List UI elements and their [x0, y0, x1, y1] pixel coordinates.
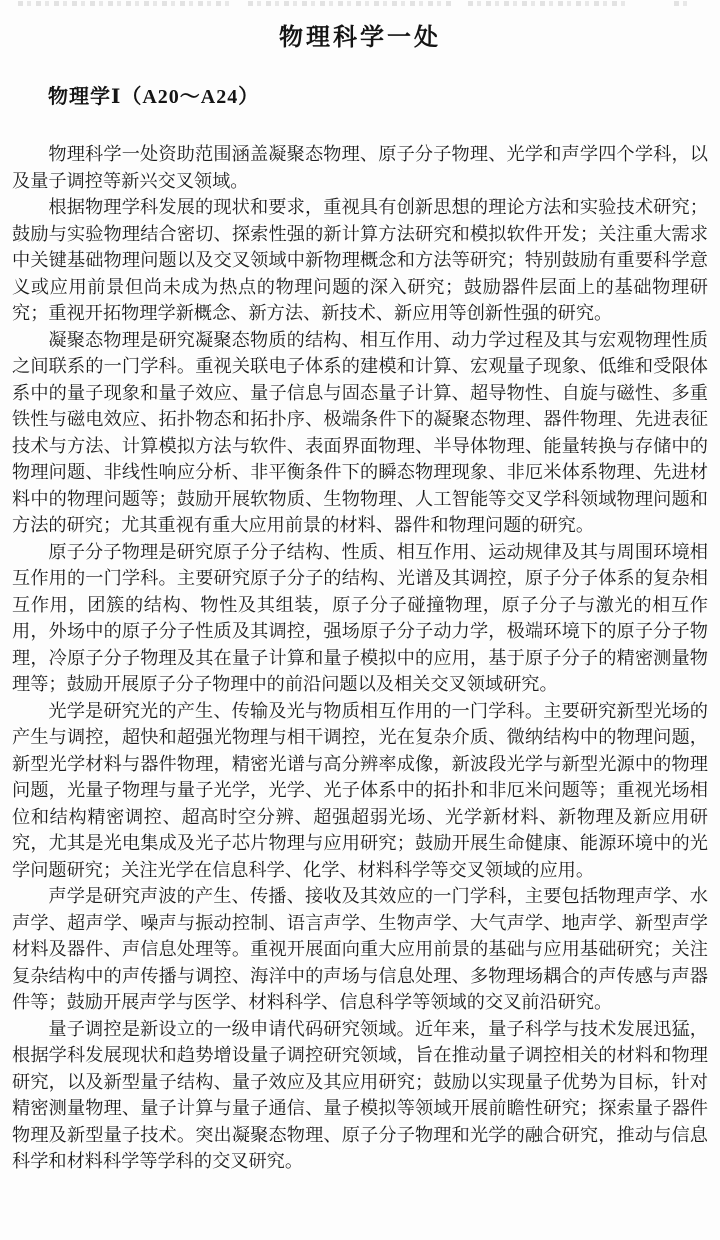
clipped-glyph-fragment [248, 1, 452, 6]
clipped-glyph-fragment [674, 1, 688, 6]
clipped-glyph-fragment [18, 1, 230, 6]
document-body: 物理科学一处资助范围涵盖凝聚态物理、原子分子物理、光学和声学四个学科，以及量子调… [12, 141, 708, 1175]
paragraph-acoustics: 声学是研究声波的产生、传播、接收及其效应的一门学科，主要包括物理声学、水声学、超… [12, 883, 708, 1016]
paragraph-scope-overview: 物理科学一处资助范围涵盖凝聚态物理、原子分子物理、光学和声学四个学科，以及量子调… [12, 141, 708, 194]
clipped-glyph-fragment [468, 1, 630, 6]
paragraph-quantum-control: 量子调控是新设立的一级申请代码研究领域。近年来，量子科学与技术发展迅猛，根据学科… [12, 1016, 708, 1175]
page-title: 物理科学一处 [12, 22, 708, 54]
clipped-text-remnant [0, 0, 720, 8]
paragraph-condensed-matter: 凝聚态物理是研究凝聚态物质的结构、相互作用、动力学过程及其与宏观物理性质之间联系… [12, 327, 708, 539]
section-heading: 物理学Ⅰ（A20～A24） [48, 84, 720, 110]
paragraph-general-priorities: 根据物理学科发展的现状和要求，重视具有创新思想的理论方法和实验技术研究；鼓励与实… [12, 194, 708, 327]
document-page: 物理科学一处 物理学Ⅰ（A20～A24） 物理科学一处资助范围涵盖凝聚态物理、原… [0, 0, 720, 1240]
paragraph-optics: 光学是研究光的产生、传输及光与物质相互作用的一门学科。主要研究新型光场的产生与调… [12, 698, 708, 884]
paragraph-atomic-molecular: 原子分子物理是研究原子分子结构、性质、相互作用、运动规律及其与周围环境相互作用的… [12, 539, 708, 698]
